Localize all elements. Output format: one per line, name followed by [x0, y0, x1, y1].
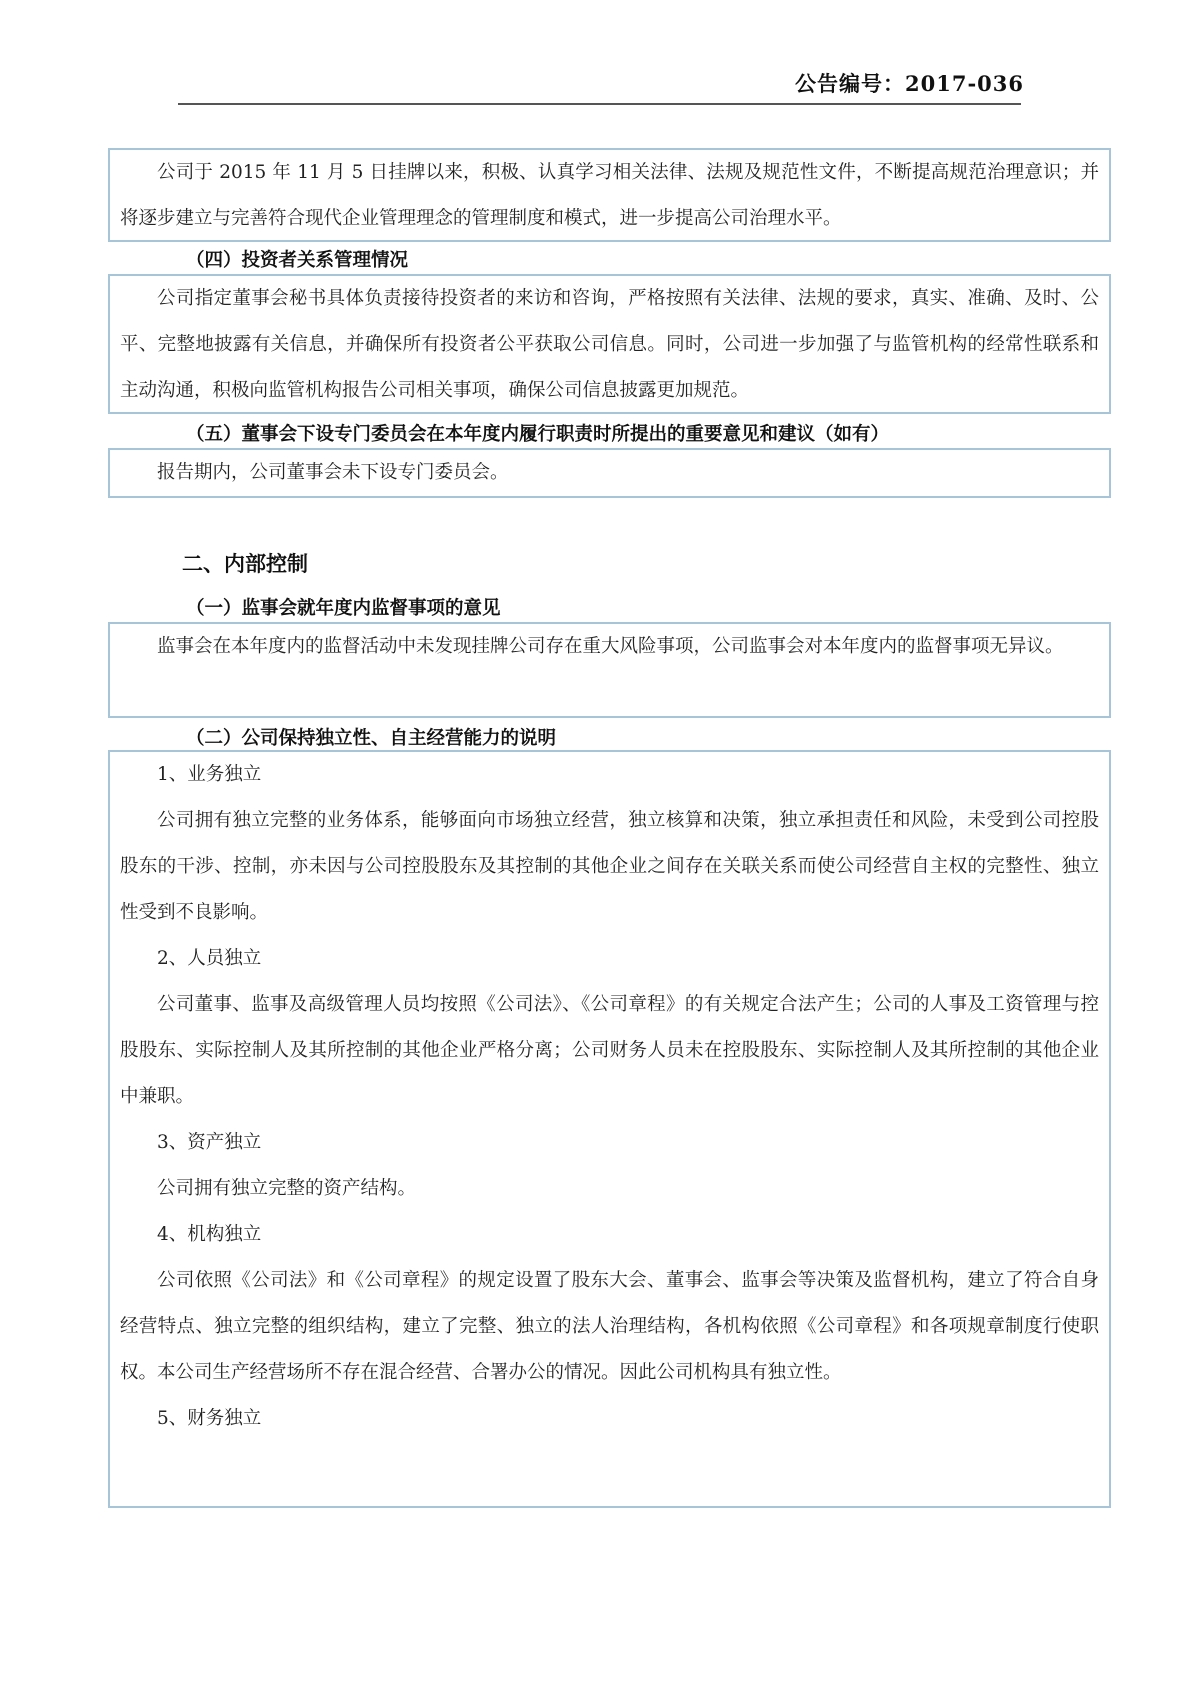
investor-relations-box: 公司指定董事会秘书具体负责接待投资者的来访和咨询，严格按照有关法律、法规的要求，…	[108, 274, 1111, 414]
committee-paragraph: 报告期内，公司董事会未下设专门委员会。	[110, 450, 1109, 496]
item-text-assets: 公司拥有独立完整的资产结构。	[110, 1166, 1109, 1212]
governance-box: 公司于 2015 年 11 月 5 日挂牌以来，积极、认真学习相关法律、法规及规…	[108, 148, 1111, 242]
supervisory-box: 监事会在本年度内的监督活动中未发现挂牌公司存在重大风险事项，公司监事会对本年度内…	[108, 622, 1111, 718]
item-title-finance: 5、财务独立	[110, 1396, 1109, 1442]
item-title-business: 1、业务独立	[110, 752, 1109, 798]
investor-relations-paragraph: 公司指定董事会秘书具体负责接待投资者的来访和咨询，严格按照有关法律、法规的要求，…	[110, 276, 1109, 414]
item-title-personnel: 2、人员独立	[110, 936, 1109, 982]
announcement-number: 公告编号：2017-036	[795, 68, 1024, 98]
independence-heading: （二）公司保持独立性、自主经营能力的说明	[186, 724, 556, 750]
item-text-organization: 公司依照《公司法》和《公司章程》的规定设置了股东大会、董事会、监事会等决策及监督…	[110, 1258, 1109, 1396]
item-text-personnel: 公司董事、监事及高级管理人员均按照《公司法》、《公司章程》的有关规定合法产生；公…	[110, 982, 1109, 1120]
committee-box: 报告期内，公司董事会未下设专门委员会。	[108, 448, 1111, 498]
investor-relations-heading: （四）投资者关系管理情况	[186, 246, 408, 272]
independence-box: 1、业务独立 公司拥有独立完整的业务体系，能够面向市场独立经营，独立核算和决策，…	[108, 750, 1111, 1508]
item-title-organization: 4、机构独立	[110, 1212, 1109, 1258]
supervisory-paragraph: 监事会在本年度内的监督活动中未发现挂牌公司存在重大风险事项，公司监事会对本年度内…	[110, 624, 1109, 670]
item-text-business: 公司拥有独立完整的业务体系，能够面向市场独立经营，独立核算和决策，独立承担责任和…	[110, 798, 1109, 936]
supervisory-heading: （一）监事会就年度内监督事项的意见	[186, 594, 501, 620]
committee-heading: （五）董事会下设专门委员会在本年度内履行职责时所提出的重要意见和建议（如有）	[186, 420, 889, 446]
section-title-internal-control: 二、内部控制	[182, 548, 308, 578]
governance-paragraph: 公司于 2015 年 11 月 5 日挂牌以来，积极、认真学习相关法律、法规及规…	[110, 150, 1109, 242]
item-title-assets: 3、资产独立	[110, 1120, 1109, 1166]
header-rule	[178, 103, 1021, 105]
